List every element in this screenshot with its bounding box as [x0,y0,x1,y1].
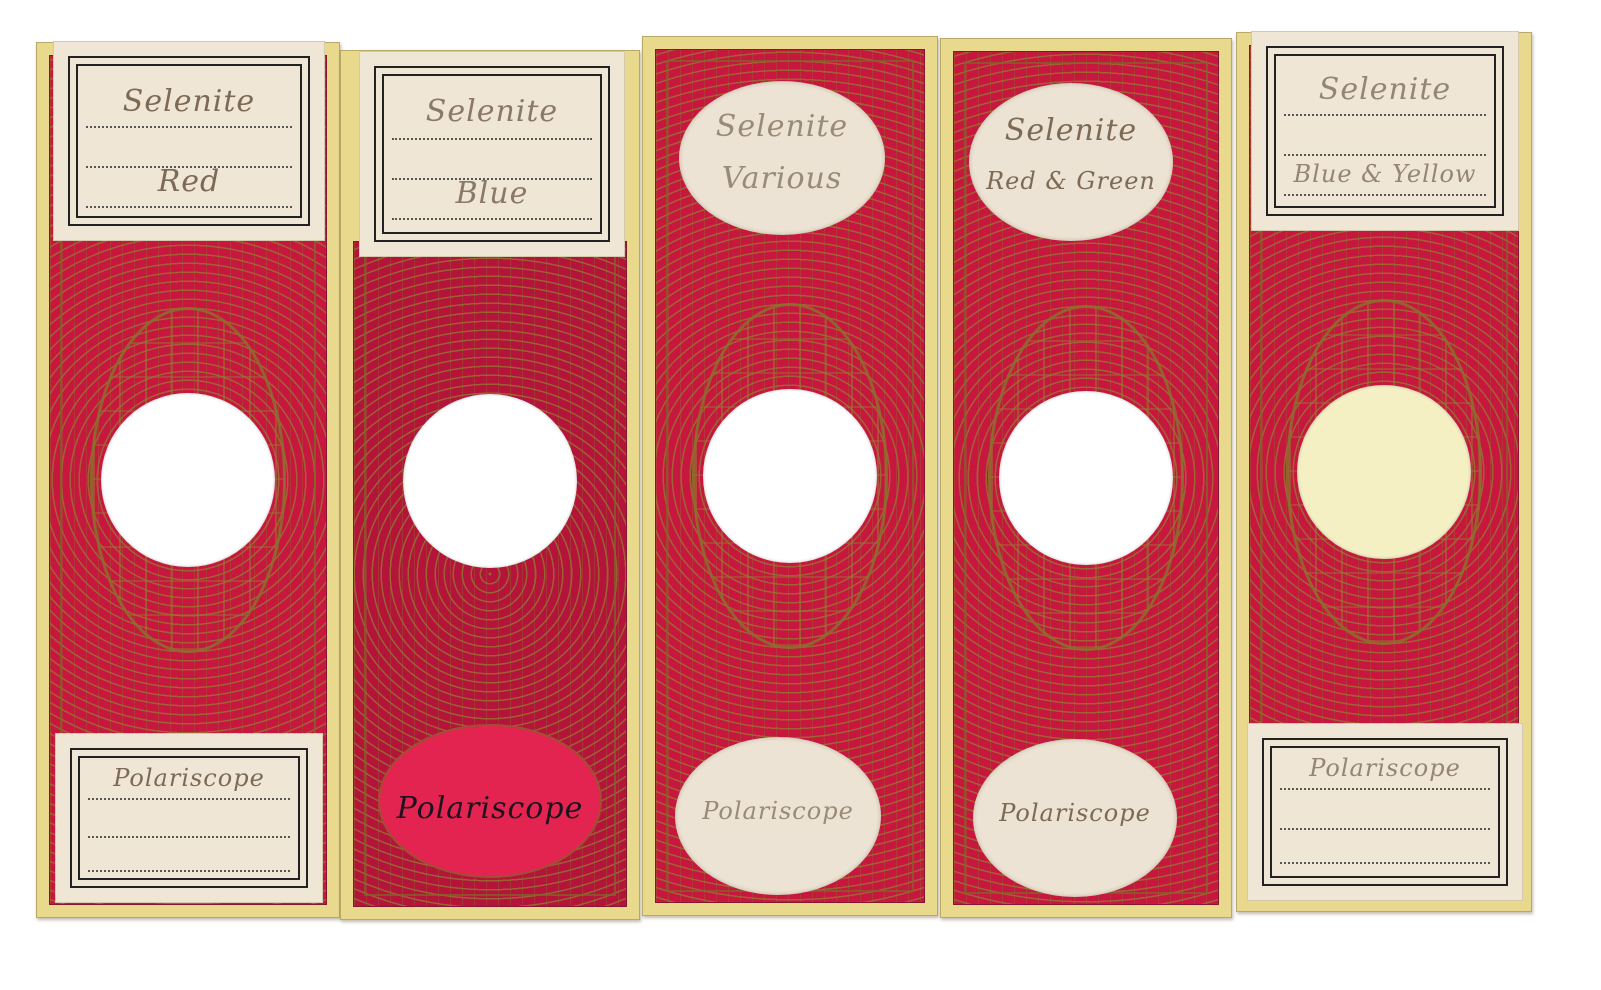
slide-3-aperture [703,389,877,563]
label-text: Polariscope [973,799,1177,827]
label-text: Polariscope [1272,754,1498,782]
slide-3-bottom-label: Polariscope [675,737,881,895]
label-text: Polariscope [675,797,881,825]
slide-4-aperture [999,391,1173,565]
slide-3-selenite-various: Selenite Various Polariscope [642,36,938,916]
slide-4-top-label: Selenite Red & Green [969,83,1173,241]
slide-2-cover-paper: Polariscope [353,241,627,907]
label-line-2: Red [78,164,300,199]
label-line-2: Blue & Yellow [1276,160,1494,188]
slide-1-selenite-red: Selenite Red Polariscope [36,42,340,918]
slide-5-selenite-blue-yellow: Selenite Blue & Yellow Polariscope [1236,32,1532,912]
label-line-1: Selenite [1276,72,1494,107]
label-line-1: Selenite [679,109,885,144]
label-line-1: Selenite [384,94,600,129]
label-line-2: Various [679,161,885,196]
slide-5-top-label: Selenite Blue & Yellow [1251,31,1519,231]
slide-2-aperture [403,394,577,568]
slide-1-top-label: Selenite Red [53,41,325,241]
label-line-2: Red & Green [969,167,1173,195]
label-line-1: Selenite [969,113,1173,148]
slide-5-bottom-label: Polariscope [1247,723,1523,901]
label-line-2: Blue [384,176,600,211]
slide-4-bottom-label: Polariscope [973,739,1177,897]
slide-2-top-label: Selenite Blue [359,51,625,257]
slide-3-top-label: Selenite Various [679,81,885,235]
slide-2-bottom-label-text: Polariscope [354,791,626,826]
label-line-1: Selenite [78,84,300,119]
slide-1-bottom-label: Polariscope [55,733,323,903]
slide-5-aperture [1297,385,1471,559]
slide-4-selenite-red-green: Selenite Red & Green Polariscope [940,38,1232,918]
slide-2-selenite-blue: Polariscope Selenite Blue [340,50,640,920]
slide-1-aperture [101,393,275,567]
label-text: Polariscope [80,764,298,792]
